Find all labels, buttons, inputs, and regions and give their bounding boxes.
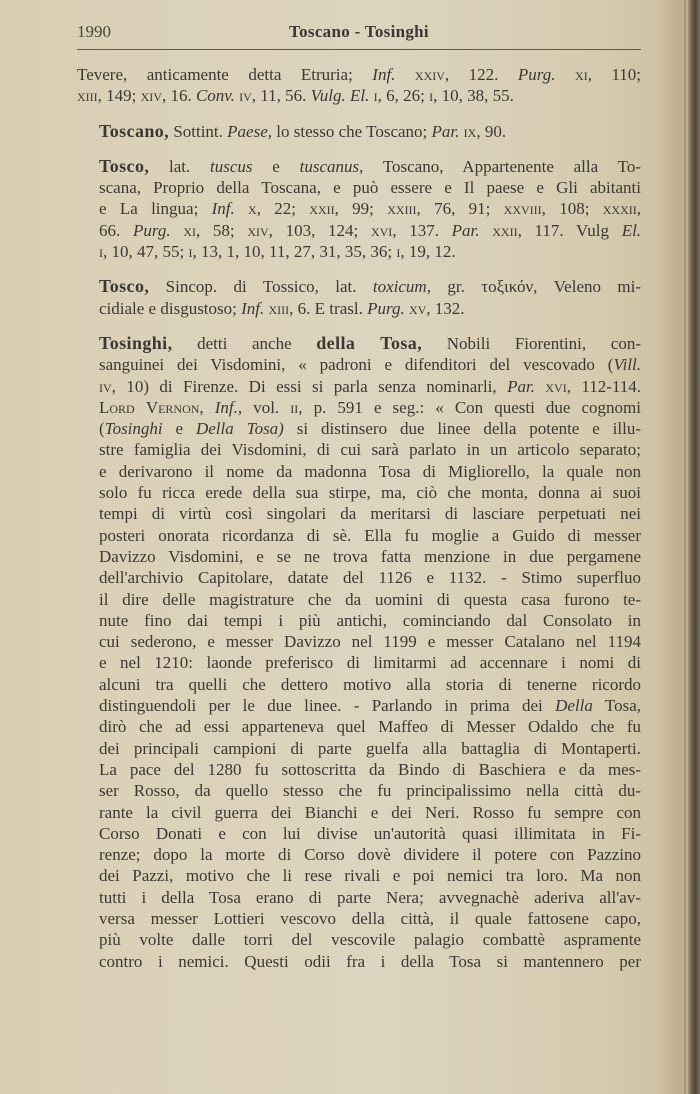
text-line: e La lingua; Inf. x, 22; xxii, 99; xxiii… <box>77 198 641 219</box>
text-line: Tosco, lat. tuscus e tuscanus, Toscano, … <box>77 156 641 177</box>
text-line: dei principali campioni di parte guelfa … <box>77 738 641 759</box>
text-line: i, 10, 47, 55; i, 13, 1, 10, 11, 27, 31,… <box>77 241 641 262</box>
text-line: dei Pazzi, motivo che li rese rivali e p… <box>77 865 641 886</box>
text-line: il dire delle magistrature che da uomini… <box>77 589 641 610</box>
text-line: Tosinghi, detti anche della Tosa, Nobili… <box>77 333 641 354</box>
text-line: ser Rosso, da quello stesso che fu princ… <box>77 780 641 801</box>
text-line: dell'archivio Capitolare, datate del 112… <box>77 567 641 588</box>
text-line: renze; dopo la morte di Corso dovè divid… <box>77 844 641 865</box>
headword: Tosco, <box>99 276 149 296</box>
text-line: dirò che ad essi apparteneva quel Maffeo… <box>77 716 641 737</box>
text-line: tempi di virtù così singolari da meritar… <box>77 503 641 524</box>
book-binding-edge <box>688 0 700 1094</box>
text-line: e derivarono il nome da madonna Tosa di … <box>77 461 641 482</box>
header-rule <box>77 49 641 50</box>
text-line: xiii, 149; xiv, 16. Conv. iv, 11, 56. Vu… <box>77 85 641 106</box>
headword: Tosinghi, <box>99 333 172 353</box>
text-line: distinguendoli per le due linee. - Parla… <box>77 695 641 716</box>
text-line: 66. Purg. xi, 58; xiv, 103, 124; xvi, 13… <box>77 220 641 241</box>
text-line: cui sederono, e messer Davizzo nel 1199 … <box>77 631 641 652</box>
text-line: posteri onorata ricordanza di sè. Ella f… <box>77 525 641 546</box>
text-line: stre famiglia dei Visdomini, di cui sarà… <box>77 439 641 460</box>
entry-tosinghi: Tosinghi, detti anche della Tosa, Nobili… <box>77 333 641 972</box>
text-line: solo fu ricca erede della sua stirpe, ma… <box>77 482 641 503</box>
page-edge-line <box>684 0 686 1094</box>
text-line: iv, 10) di Firenze. Di essi si parla sen… <box>77 376 641 397</box>
text-line: (Tosinghi e Della Tosa) si distinsero du… <box>77 418 641 439</box>
entry-toscano: Toscano, Sottint. Paese, lo stesso che T… <box>77 121 641 142</box>
running-title: Toscano - Tosinghi <box>77 22 641 42</box>
text-line: Tevere, anticamente detta Etruria; Inf. … <box>77 64 641 85</box>
page-body: Tevere, anticamente detta Etruria; Inf. … <box>77 64 641 972</box>
headword: Tosco, <box>99 156 149 176</box>
text-line: rante la civil guerra dei Bianchi e dei … <box>77 802 641 823</box>
text-line: tutti i della Tosa erano di parte Nera; … <box>77 887 641 908</box>
text-line: alcuni tra quelli che dettero motivo all… <box>77 674 641 695</box>
text-line: e nel 1210: laonde preferisco di limitar… <box>77 652 641 673</box>
headword: Toscano, <box>99 121 169 141</box>
entry-tosco-2: Tosco, Sincop. di Tossico, lat. toxicum,… <box>77 276 641 319</box>
entry-tosco-1: Tosco, lat. tuscus e tuscanus, Toscano, … <box>77 156 641 262</box>
text-line: versa messer Lottieri vescovo della citt… <box>77 908 641 929</box>
text-line: Tosco, Sincop. di Tossico, lat. toxicum,… <box>77 276 641 297</box>
text-line: Davizzo Visdomini, e se ne trova fatta m… <box>77 546 641 567</box>
text-line: La pace del 1280 fu sottoscritta da Bind… <box>77 759 641 780</box>
text-line: Toscano, Sottint. Paese, lo stesso che T… <box>77 121 641 142</box>
text-line: nute fino dai tempi i più antichi, comin… <box>77 610 641 631</box>
text-line: contro i nemici. Questi odii fra i della… <box>77 951 641 972</box>
subheadword: della Tosa, <box>316 333 422 353</box>
text-line: più volte dalle torri del vescovile pala… <box>77 929 641 950</box>
page-header: 1990 Toscano - Tosinghi <box>77 22 641 46</box>
text-line: Lord Vernon, Inf., vol. ii, p. 591 e seg… <box>77 397 641 418</box>
entry-continuation: Tevere, anticamente detta Etruria; Inf. … <box>77 64 641 107</box>
text-line: cidiale e disgustoso; Inf. xiii, 6. E tr… <box>77 298 641 319</box>
text-line: Corso Donati e con lui divise un'autorit… <box>77 823 641 844</box>
text-line: sanguinei dei Visdomini, « padroni e dif… <box>77 354 641 375</box>
text-line: scana, Proprio della Toscana, e può esse… <box>77 177 641 198</box>
